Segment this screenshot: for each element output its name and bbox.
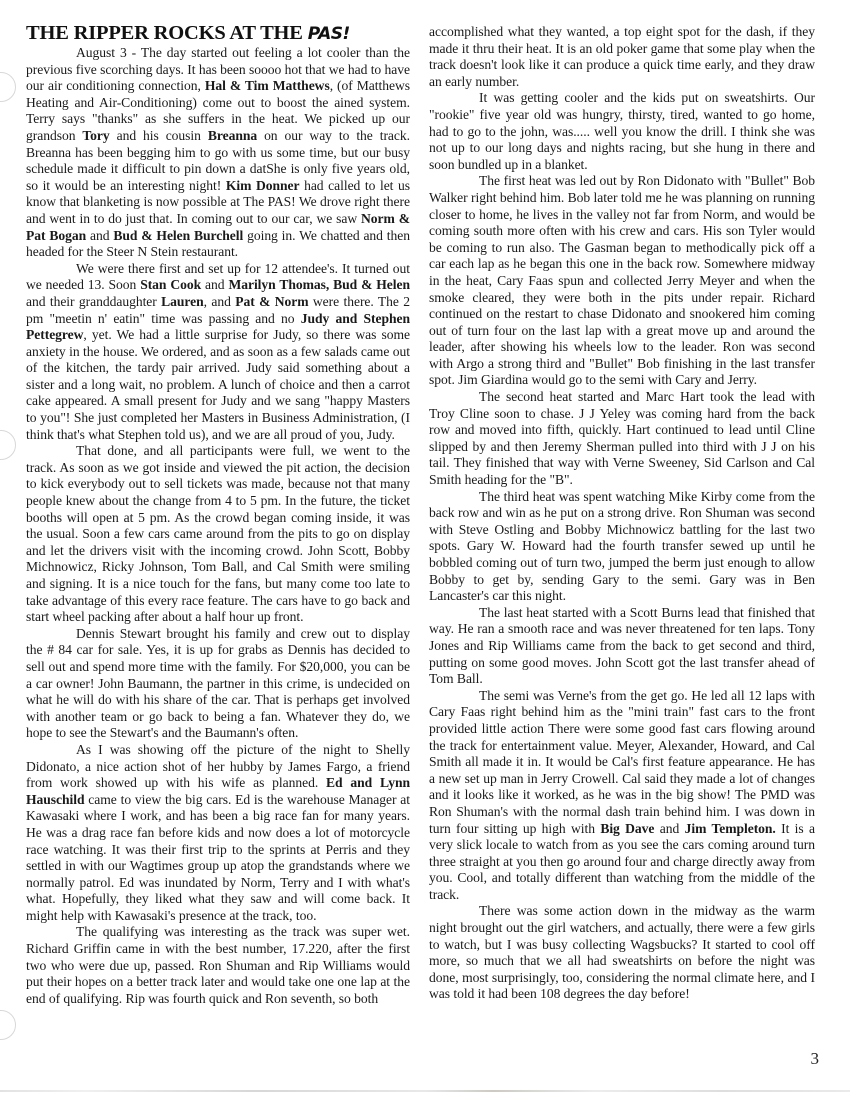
punch-hole-top [0, 72, 16, 102]
headline-pas-logo: PAS! [308, 24, 350, 44]
name-pat-norm: Pat & Norm [235, 294, 308, 309]
right-column: accomplished what they wanted, a top eig… [429, 24, 815, 1003]
paragraph-last-heat: The last heat started with a Scott Burns… [429, 605, 815, 688]
text: , yet. We had a little surprise for Judy… [26, 327, 410, 442]
text: and [86, 228, 113, 243]
paragraph-qualifying-continued: accomplished what they wanted, a top eig… [429, 24, 815, 90]
paragraph-hauschild: As I was showing off the picture of the … [26, 742, 410, 925]
text: and his cousin [110, 128, 208, 143]
name-stan-cook: Stan Cook [140, 277, 201, 292]
text: and [654, 821, 684, 836]
paragraph-second-heat: The second heat started and Marc Hart to… [429, 389, 815, 489]
text: The semi was Verne's from the get go. He… [429, 688, 815, 836]
paragraph-rookie: It was getting cooler and the kids put o… [429, 90, 815, 173]
bottom-scan-line [0, 1090, 850, 1092]
text: , and [204, 294, 236, 309]
newsletter-page: THE RIPPER ROCKS AT THE PAS! August 3 - … [0, 0, 850, 1100]
paragraph-third-heat: The third heat was spent watching Mike K… [429, 489, 815, 605]
left-column: THE RIPPER ROCKS AT THE PAS! August 3 - … [26, 22, 410, 1007]
paragraph-restaurant: We were there first and set up for 12 at… [26, 261, 410, 444]
text: came to view the big cars. Ed is the war… [26, 792, 410, 923]
paragraph-qualifying: The qualifying was interesting as the tr… [26, 924, 410, 1007]
headline-text: THE RIPPER ROCKS AT THE [26, 22, 308, 44]
paragraph-midway: There was some action down in the midway… [429, 903, 815, 1003]
name-bud-helen-burchell: Bud & Helen Burchell [113, 228, 243, 243]
punch-hole-middle [0, 430, 16, 460]
name-marilyn-thomas: Marilyn Thomas, Bud & Helen [228, 277, 410, 292]
paragraph-car-for-sale: Dennis Stewart brought his family and cr… [26, 626, 410, 742]
paragraph-track-arrival: That done, and all participants were ful… [26, 443, 410, 626]
page-number: 3 [811, 1049, 820, 1069]
text: and [201, 277, 228, 292]
name-breanna: Breanna [208, 128, 257, 143]
paragraph-first-heat: The first heat was led out by Ron Didona… [429, 173, 815, 389]
name-tory: Tory [82, 128, 109, 143]
name-hal-tim-matthews: Hal & Tim Matthews [205, 78, 330, 93]
name-lauren: Lauren [161, 294, 204, 309]
article-headline: THE RIPPER ROCKS AT THE PAS! [26, 22, 410, 45]
paragraph-semi-and-dash: The semi was Verne's from the get go. He… [429, 688, 815, 904]
name-jim-templeton: Jim Templeton. [685, 821, 776, 836]
text: and their granddaughter [26, 294, 161, 309]
name-big-dave: Big Dave [600, 821, 654, 836]
paragraph-intro: August 3 - The day started out feeling a… [26, 45, 410, 261]
name-kim-donner: Kim Donner [226, 178, 300, 193]
punch-hole-bottom [0, 1010, 16, 1040]
